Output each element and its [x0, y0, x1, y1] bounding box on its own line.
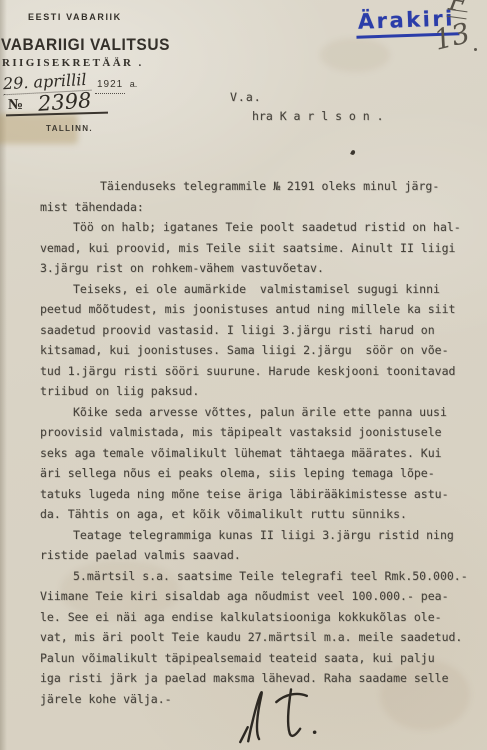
typewritten-line: proovisid valmistada, mis täpipealt vast…: [40, 422, 470, 443]
typewritten-line: da. Tähtis on aga, et kõik võimalikult r…: [40, 504, 470, 525]
typewritten-line: Teiseks, ei ole aumärkide valmistamisel …: [40, 279, 470, 300]
ink-speck: [350, 149, 356, 155]
letterhead-number: № 2398: [8, 90, 91, 114]
date-suffix: a.: [130, 79, 138, 89]
typewritten-line: Teatage telegrammiga kunas II liigi 3.jä…: [40, 525, 470, 546]
typewritten-line: peetud mõõtudest, mis joonistuses antud …: [40, 299, 470, 320]
typewritten-line: Palun võimalikult täpipealsemaid teateid…: [40, 648, 470, 669]
date-year: 1921: [95, 79, 125, 94]
paper-edge-shadow: [0, 0, 7, 750]
typewritten-line: tatuks lugeda ning mõne teise äriga läbi…: [40, 484, 470, 505]
typewritten-line: 5.märtsil s.a. saatsime Teile telegrafi …: [40, 566, 470, 587]
typewritten-line: ristide paelad valmis saavad.: [40, 545, 470, 566]
signature-ink: [225, 681, 331, 750]
typewritten-line: le. See ei näi aga endise kalkulatsiooni…: [40, 607, 470, 628]
typewritten-line: mist tähendada:: [40, 197, 470, 218]
typewritten-line: seks aga temale võimalikult lühemat täht…: [40, 443, 470, 464]
body-lines: Täienduseks telegrammile № 2191 oleks mi…: [40, 176, 470, 709]
recipient-salutation: V.a.: [230, 90, 262, 104]
typewritten-line: 3.järgu rist on rohkem-vähem vastuvõetav…: [40, 258, 470, 279]
numero-sign: №: [8, 97, 23, 113]
letterhead-country: EESTI VABARIIK: [28, 12, 122, 22]
letterhead-city: TALLINN.: [46, 124, 93, 133]
document-page: EESTI VABARIIK VABARIIGI VALITSUS RIIGIS…: [0, 0, 487, 750]
letterhead-government: VABARIIGI VALITSUS: [1, 36, 170, 55]
letterhead-office: RIIGISEKRETÄÄR .: [2, 57, 144, 69]
typewritten-line: Täienduseks telegrammile № 2191 oleks mi…: [40, 176, 470, 197]
pencil-dot: [474, 48, 477, 51]
typewritten-line: saadetud proovid vastasid. I liigi 3.jär…: [40, 320, 470, 341]
paper-stain: [320, 38, 390, 72]
typewritten-line: vemad, kui proovid, mis Teile siit saats…: [40, 238, 470, 259]
typewritten-line: triibud on liig paksud.: [40, 381, 470, 402]
typewritten-line: Kõike seda arvesse võttes, palun ärile e…: [40, 402, 470, 423]
typewritten-line: vat, mis äri poolt Teie kaudu 27.märtsil…: [40, 627, 470, 648]
typewritten-line: Töö on halb; igatanes Teie poolt saadetu…: [40, 217, 470, 238]
pencil-folio-number: 13: [431, 16, 474, 57]
typewritten-line: äri sellega nõus ei peaks olema, siis le…: [40, 463, 470, 484]
typewritten-line: Viimane Teie kiri sisaldab aga nõudmist …: [40, 586, 470, 607]
typewritten-line: iga risti järk ja paelad maksma lähevad.…: [40, 668, 470, 689]
typewritten-line: tud 1.järgu risti sööri suurune. Harude …: [40, 361, 470, 382]
recipient-name: hra K a r l s o n .: [252, 109, 384, 123]
typewritten-line: kitsamad, kui joonistuses. Sama liigi 2.…: [40, 340, 470, 361]
signature-strokes: [225, 681, 331, 750]
